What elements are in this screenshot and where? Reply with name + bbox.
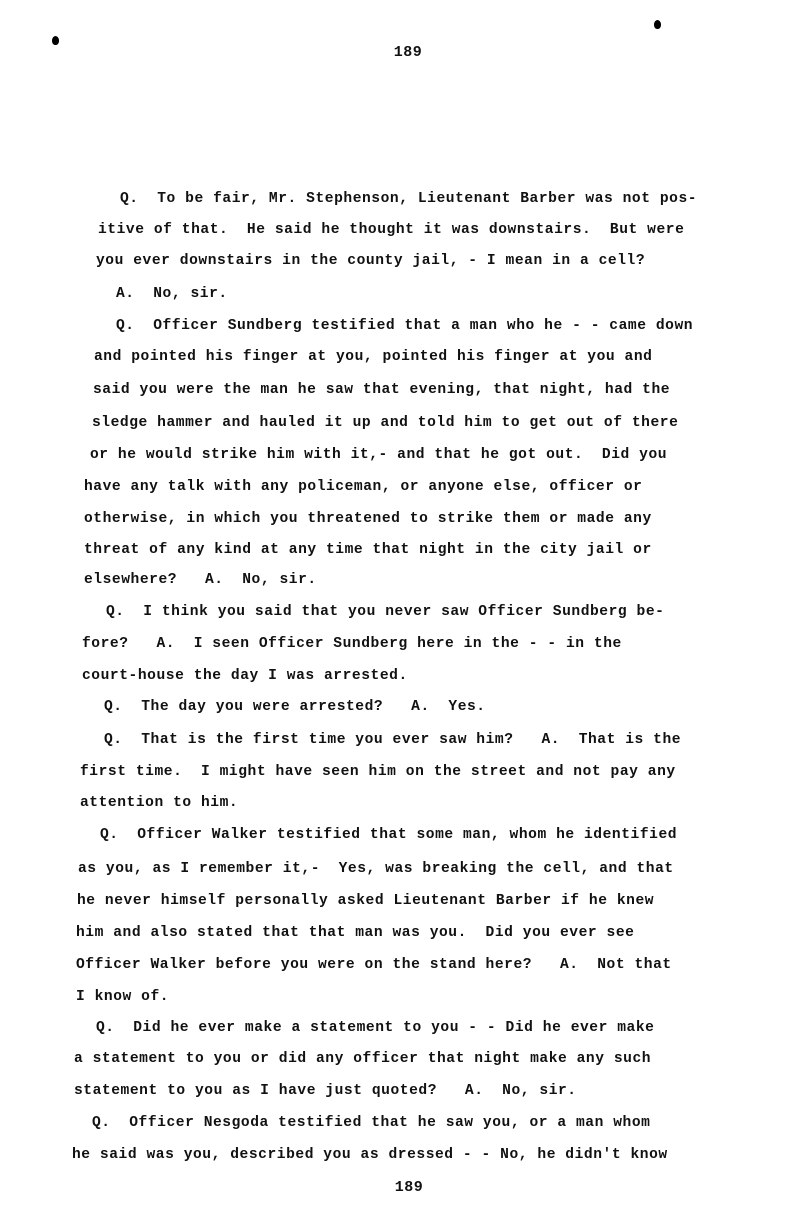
transcript-line: he never himself personally asked Lieute… bbox=[77, 892, 654, 910]
transcript-line: Q. Officer Sundberg testified that a man… bbox=[116, 317, 693, 335]
transcript-line: you ever downstairs in the county jail, … bbox=[96, 252, 645, 270]
transcript-line: as you, as I remember it,- Yes, was brea… bbox=[78, 860, 674, 878]
transcript-line: have any talk with any policeman, or any… bbox=[84, 478, 642, 496]
transcript-line: statement to you as I have just quoted? … bbox=[74, 1082, 577, 1100]
transcript-line: sledge hammer and hauled it up and told … bbox=[92, 414, 678, 432]
transcript-line: he said was you, described you as dresse… bbox=[72, 1146, 668, 1164]
transcript-line: Q. The day you were arrested? A. Yes. bbox=[104, 698, 486, 716]
transcript-line: attention to him. bbox=[80, 794, 238, 812]
transcript-line: Q. That is the first time you ever saw h… bbox=[104, 731, 681, 749]
transcript-line: fore? A. I seen Officer Sundberg here in… bbox=[82, 635, 622, 653]
transcript-line: threat of any kind at any time that nigh… bbox=[84, 541, 652, 559]
transcript-line: Q. Did he ever make a statement to you -… bbox=[96, 1019, 654, 1037]
transcript-line: first time. I might have seen him on the… bbox=[80, 763, 676, 781]
transcript-line: him and also stated that that man was yo… bbox=[76, 924, 634, 942]
transcript-line: Q. Officer Nesgoda testified that he saw… bbox=[92, 1114, 650, 1132]
punch-hole-mark bbox=[654, 20, 661, 29]
transcript-line: I know of. bbox=[76, 988, 169, 1006]
transcript-line: court-house the day I was arrested. bbox=[82, 667, 408, 685]
transcript-line: and pointed his finger at you, pointed h… bbox=[94, 348, 652, 366]
transcript-line: itive of that. He said he thought it was… bbox=[98, 221, 684, 239]
page-number-top: 189 bbox=[8, 44, 800, 61]
page-number-bottom: 189 bbox=[9, 1179, 800, 1196]
transcript-line: elsewhere? A. No, sir. bbox=[84, 571, 317, 589]
document-page: 189 Q. To be fair, Mr. Stephenson, Lieut… bbox=[0, 0, 800, 1216]
transcript-line: a statement to you or did any officer th… bbox=[74, 1050, 651, 1068]
transcript-line: A. No, sir. bbox=[116, 285, 228, 303]
transcript-line: Q. To be fair, Mr. Stephenson, Lieutenan… bbox=[120, 190, 697, 208]
transcript-line: or he would strike him with it,- and tha… bbox=[90, 446, 667, 464]
transcript-line: Q. I think you said that you never saw O… bbox=[106, 603, 664, 621]
transcript-line: Officer Walker before you were on the st… bbox=[76, 956, 672, 974]
transcript-line: said you were the man he saw that evenin… bbox=[93, 381, 670, 399]
transcript-line: otherwise, in which you threatened to st… bbox=[84, 510, 652, 528]
transcript-line: Q. Officer Walker testified that some ma… bbox=[100, 826, 677, 844]
